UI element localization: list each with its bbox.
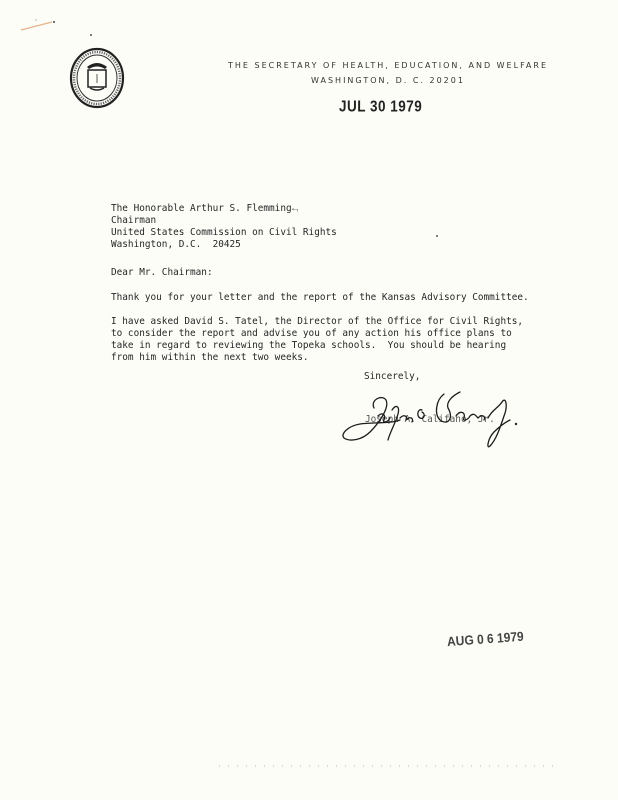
scan-noise — [215, 764, 555, 768]
speck — [436, 235, 438, 237]
pencil-smudge-icon — [18, 18, 58, 32]
date-stamp: JUL 30 1979 — [339, 98, 422, 115]
letterhead-address: WASHINGTON, D. C. 20201 — [218, 76, 558, 85]
recipient-address: Washington, D.C. 20425 — [111, 239, 241, 250]
letter-page: THE SECRETARY OF HEALTH, EDUCATION, AND … — [0, 0, 618, 800]
salutation: Dear Mr. Chairman: — [111, 267, 213, 279]
recipient-name: The Honorable Arthur S. Flemming — [111, 203, 292, 214]
letterhead-title: THE SECRETARY OF HEALTH, EDUCATION, AND … — [198, 61, 578, 70]
handwritten-signature-icon — [330, 380, 530, 455]
paragraph-2: I have asked David S. Tatel, the Directo… — [111, 316, 523, 364]
paragraph-1: Thank you for your letter and the report… — [111, 292, 529, 304]
department-seal-icon — [69, 47, 125, 109]
recipient-title: Chairman — [111, 215, 156, 226]
speck — [90, 34, 92, 36]
recipient-organization: United States Commission on Civil Rights — [111, 227, 337, 238]
recipient-block: The Honorable Arthur S. Flemming⮢ Chairm… — [111, 203, 337, 251]
received-stamp: AUG 0 6 1979 — [447, 629, 525, 650]
